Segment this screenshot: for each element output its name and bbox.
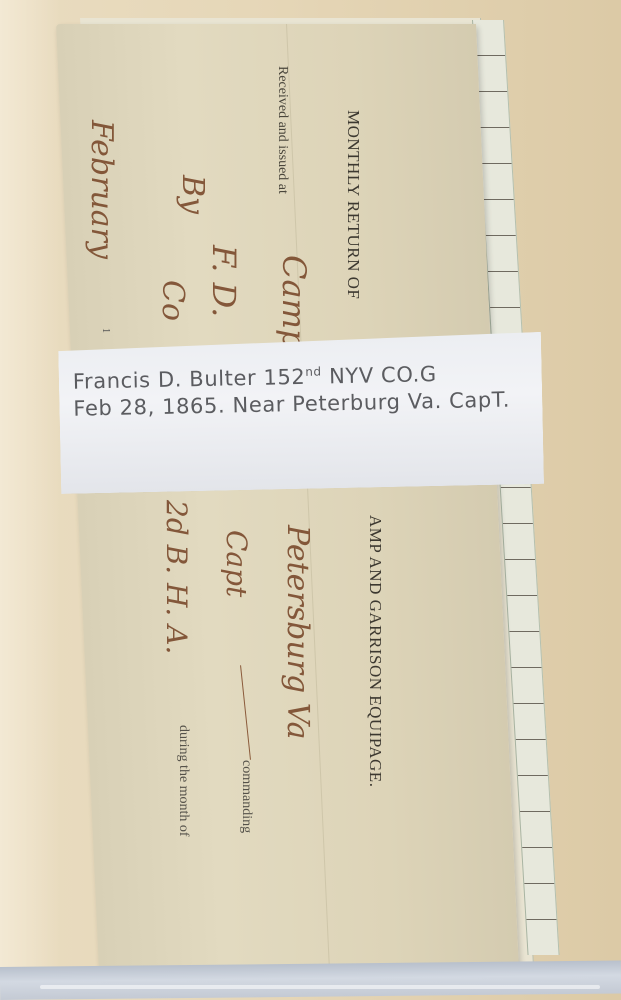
commanding-label: commanding: [238, 760, 254, 833]
printed-title-part1: MONTHLY RETURN OF: [343, 110, 363, 299]
during-month-label: during the month of: [175, 725, 191, 837]
glass-display-edge: [0, 960, 621, 1000]
handwritten-rank: Capt: [220, 530, 253, 597]
handwritten-petersburg: Petersburg Va: [280, 525, 315, 740]
handwritten-regiment: 2d B. H. A.: [160, 500, 193, 654]
label-band-text: Francis D. Bulter 152nd NYV CO.G Feb 28,…: [72, 354, 543, 423]
handwritten-month: February: [84, 120, 119, 259]
label-line-1-name: Francis D. Bulter 152: [73, 365, 306, 394]
label-line-1-unit: NYV CO.G: [322, 362, 437, 388]
background-surface: [0, 0, 60, 1000]
printed-title-part2: AMP AND GARRISON EQUIPAGE.: [365, 515, 385, 787]
glass-highlight: [40, 985, 600, 989]
handwritten-by: By: [175, 175, 210, 214]
received-issued-label: Received and issued at: [274, 66, 290, 194]
numeral-mark: 1: [100, 328, 111, 333]
label-line-1-ordinal: nd: [305, 364, 322, 378]
handwritten-co: Co: [155, 280, 190, 321]
document-fold-line: [286, 24, 330, 974]
handwritten-place: Camp: [275, 255, 313, 349]
label-band: Francis D. Bulter 152nd NYV CO.G Feb 28,…: [58, 332, 544, 494]
handwritten-name: F. D.: [205, 245, 243, 317]
